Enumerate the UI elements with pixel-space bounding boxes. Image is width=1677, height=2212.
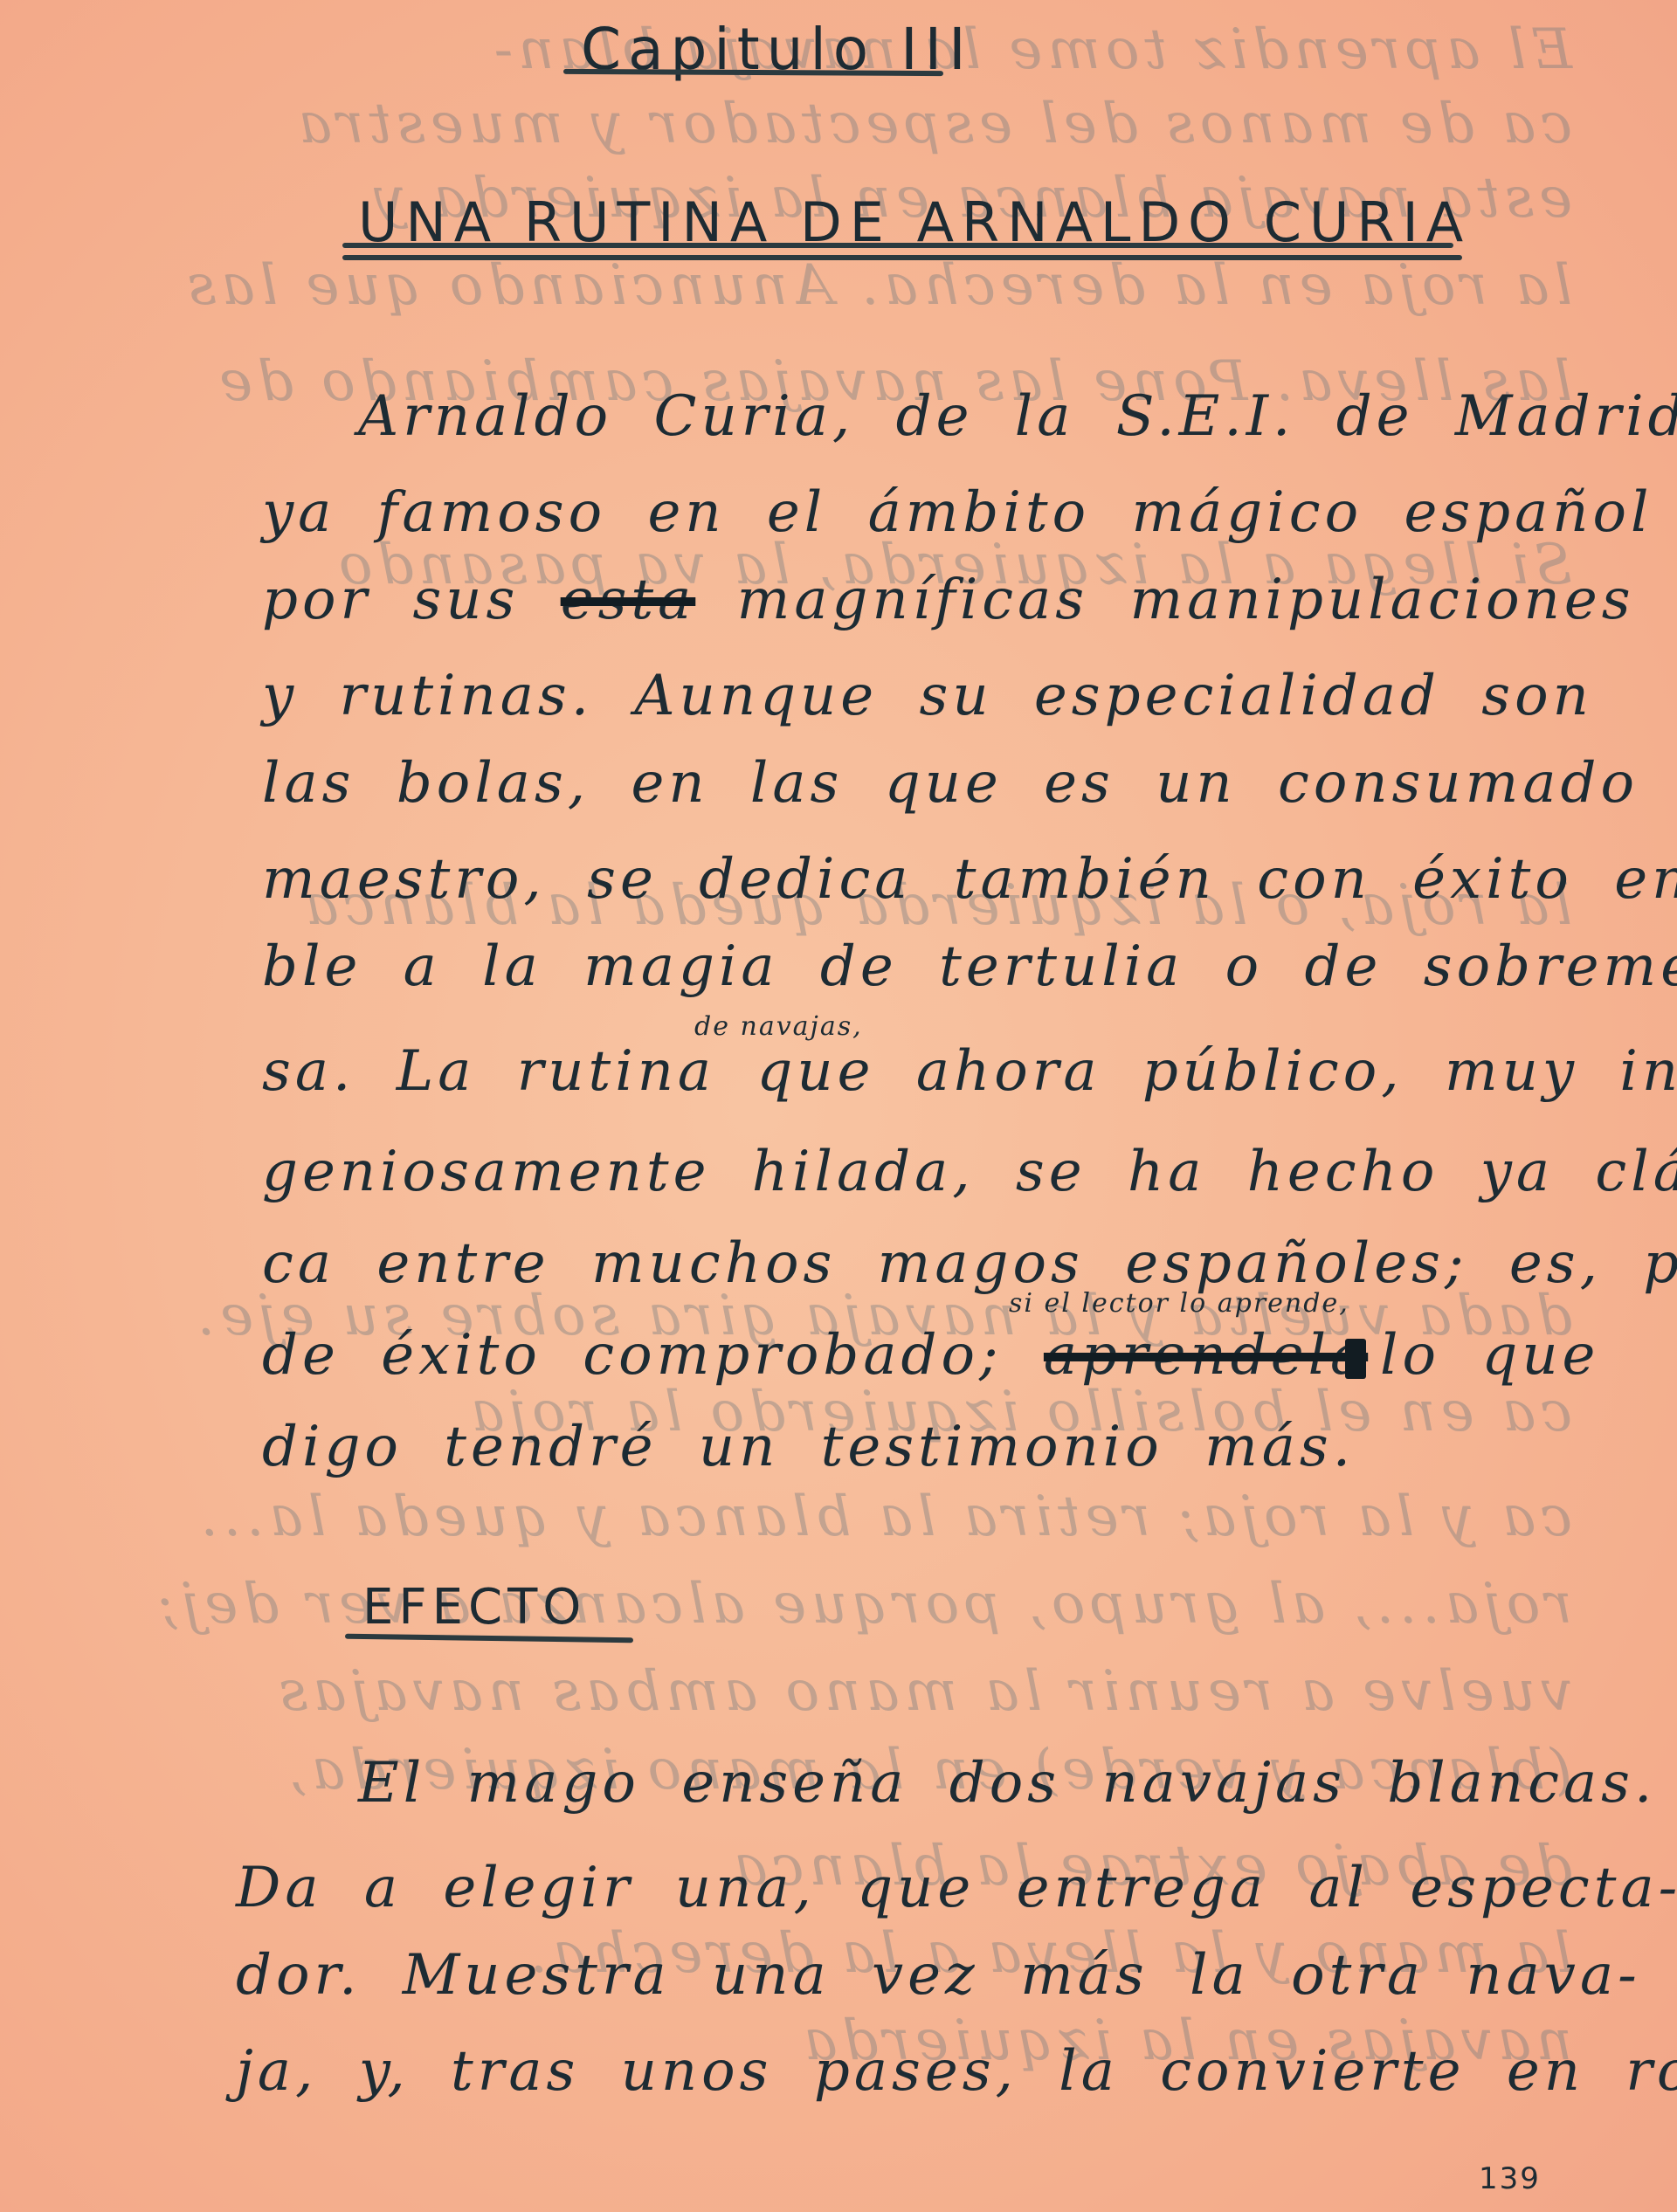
paragraph-line: El mago enseña dos navajas blancas.: [358, 1751, 1656, 1816]
title-underline-1: [342, 243, 1453, 248]
struck-word: esta: [561, 568, 696, 632]
line-text: que ahora público, muy in-: [756, 1039, 1677, 1104]
line-text: magníficas manipulaciones: [737, 568, 1635, 632]
paragraph-line: dor. Muestra una vez más la otra nava-: [236, 1943, 1641, 2008]
manuscript-page: El aprendiz tome la navaja blan- ca de m…: [0, 0, 1677, 2212]
paragraph-line: sa. La rutina que ahora público, muy in-: [262, 1039, 1677, 1104]
bleed-line: ca de manos del espectador y muestra: [293, 92, 1572, 156]
paragraph-line: digo tendré un testimonio más.: [262, 1415, 1355, 1479]
paragraph-line: geniosamente hilada, se ha hecho ya clás…: [262, 1140, 1677, 1204]
section-heading: EFECTO: [362, 1579, 586, 1636]
paragraph-line: maestro, se dedica también con éxito env…: [262, 847, 1677, 912]
paragraph-line: de éxito comprobado; aprendela: [262, 1323, 1368, 1388]
paragraph-line-end: lo que: [1380, 1323, 1599, 1388]
paragraph-line: Da a elegir una, que entrega al especta-: [236, 1856, 1677, 1920]
paragraph-line: ble a la magia de tertulia o de sobreme-: [262, 934, 1677, 999]
inserted-note: de navajas,: [694, 1011, 863, 1042]
paragraph-line: ya famoso en el ámbito mágico español: [262, 480, 1653, 545]
paragraph-line: ja, y, tras unos pases, la convierte en …: [236, 2039, 1677, 2104]
title-underline-2: [342, 255, 1462, 260]
bleed-line: la roja en la derecha. Anunciando que la…: [183, 253, 1572, 318]
bleed-line: vuelve a reunir la mano ambas navajas: [274, 1659, 1573, 1724]
inserted-note: si el lector lo aprende,: [1009, 1288, 1349, 1319]
line-text: de éxito comprobado;: [262, 1323, 1003, 1388]
paragraph-line: ca entre muchos magos españoles; es, pue…: [262, 1231, 1677, 1296]
paragraph-line: y rutinas. Aunque su especialidad son: [262, 664, 1593, 728]
paragraph-line: Arnaldo Curia, de la S.E.I. de Madrid, e…: [358, 384, 1677, 449]
struck-word: aprendela: [1044, 1323, 1368, 1388]
page-number: 139: [1479, 2161, 1541, 2196]
line-text: sa. La rutina: [262, 1039, 715, 1104]
paragraph-line: las bolas, en las que es un consumado: [262, 751, 1639, 816]
paragraph-line: por sus esta magníficas manipulaciones: [262, 568, 1635, 632]
ink-blot-correction: [1345, 1339, 1366, 1379]
bleed-line: ca y la roja; retira la blanca y queda l…: [196, 1485, 1572, 1549]
section-underline: [345, 1634, 633, 1643]
line-text: por sus: [262, 568, 519, 632]
